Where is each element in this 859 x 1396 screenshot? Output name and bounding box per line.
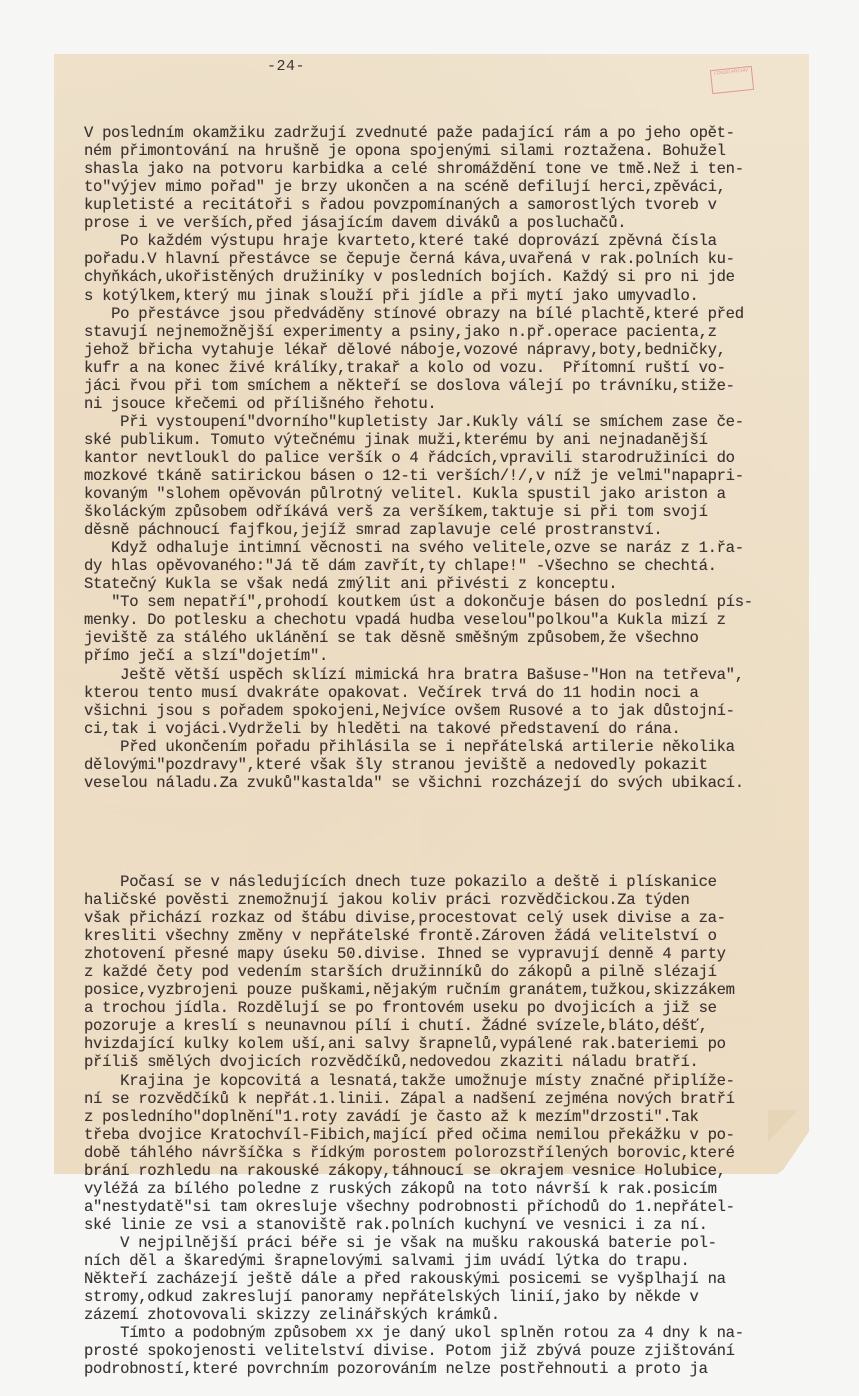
text-line: zhotovení přesné mapy úseku 50.divise. I… — [84, 945, 784, 963]
text-line: brání rozhledu na rakouské zákopy,táhnou… — [84, 1162, 784, 1180]
text-line: "To sem nepatří",prohodí koutkem úst a d… — [84, 593, 784, 611]
text-line: pozoruje a kreslí s neunavnou pílí i chu… — [84, 1017, 784, 1035]
text-line: kantor nevtloukl do palice veršík o 4 řá… — [84, 449, 784, 467]
text-line: mozkové tkáně satirickou básen o 12-ti v… — [84, 467, 784, 485]
text-line: ni jsouce křečemi od přílišného řehotu. — [84, 395, 784, 413]
text-line: z posledního"doplnění"1.roty zavádí je č… — [84, 1108, 784, 1126]
text-line: Po přestávce jsou předváděny stínové obr… — [84, 305, 784, 323]
text-line: Když odhaluje intimní věcnosti na svého … — [84, 539, 784, 557]
text-line: pořadu.V hlavní přestávce se čepuje čern… — [84, 250, 784, 268]
text-line: školáckým způsobem odříkává verš za verš… — [84, 503, 784, 521]
section-reconnaissance: Počasí se v následujících dnech tuze pok… — [84, 873, 784, 1200]
stamp-text: FONDŮ ARCHIV — [714, 67, 748, 76]
text-line: kovaným "slohem opěvován půlrotný velite… — [84, 485, 784, 503]
text-line: Počasí se v následujících dnech tuze pok… — [84, 873, 784, 891]
text-line: s kotýlkem,který mu jinak slouží při jíd… — [84, 287, 784, 305]
text-line: Statečný Kukla se však nedá zmýlit ani p… — [84, 575, 784, 593]
text-line: všichni jsou s pořadem spokojeni,Nejvíce… — [84, 702, 784, 720]
text-line: přímo ječí a slzí"dojetím". — [84, 647, 784, 665]
text-line: však přichází rozkaz od štábu divise,pro… — [84, 909, 784, 927]
text-line: menky. Do potlesku a chechotu vpadá hudb… — [84, 611, 784, 629]
text-line: dělovými"pozdravy",které však šly strano… — [84, 756, 784, 774]
text-line: ném přimontování na hrušně je opona spoj… — [84, 142, 784, 160]
text-line: příliš smělých dvojicích rozvědčíků,nedo… — [84, 1053, 784, 1071]
text-line: vyléžá za bílého poledne z ruských zákop… — [84, 1180, 784, 1198]
text-line: Před ukončením pořadu přihlásila se i ne… — [84, 738, 784, 756]
text-line: Krajina je kopcovitá a lesnatá,takže umo… — [84, 1072, 784, 1090]
text-line: hvizdající kulky kolem uší,ani salvy šra… — [84, 1035, 784, 1053]
text-line: kufr a na konec živé králíky,trakař a ko… — [84, 359, 784, 377]
text-line: době táhlého návršíčka s řídkým porostem… — [84, 1144, 784, 1162]
page-number: -24- — [267, 58, 305, 75]
text-line: ské publikum. Tomuto výtečnému jinak muž… — [84, 431, 784, 449]
text-line: to"výjev mimo pořad" je brzy ukončen a n… — [84, 178, 784, 196]
text-line: ci,tak i vojáci.Vydrželi by hleděti na t… — [84, 720, 784, 738]
text-line: kresliti všechny změny v nepřátelské fro… — [84, 927, 784, 945]
text-line: jeviště za stálého uklánění se tak děsně… — [84, 629, 784, 647]
text-line: veselou náladu.Za zvuků"kastalda" se vši… — [84, 774, 784, 792]
paragraph-gap — [84, 828, 784, 837]
text-line: děsně páchnoucí fajfkou,jejíž smrad zapl… — [84, 521, 784, 539]
text-line: z každé čety pod vedením starších družin… — [84, 963, 784, 981]
text-line: V posledním okamžiku zadržují zvednuté p… — [84, 124, 784, 142]
text-line: jehož břicha vytahuje lékař dělové náboj… — [84, 341, 784, 359]
text-line: shasla jako na potvoru karbidka a celé s… — [84, 160, 784, 178]
text-line: prose i ve verších,před jásajícím davem … — [84, 214, 784, 232]
text-line: dy hlas opěvovaného:"Já tě dám zavřít,ty… — [84, 557, 784, 575]
text-line: kupletisté a recitátoři s řadou povzpomí… — [84, 196, 784, 214]
text-line: Po každém výstupu hraje kvarteto,které t… — [84, 232, 784, 250]
text-line: a trochou jídla. Rozdělují se po frontov… — [84, 999, 784, 1017]
text-line: jáci řvou při tom smíchem a někteří se d… — [84, 377, 784, 395]
text-line: chyňkách,ukořistěných družiníky v posled… — [84, 268, 784, 286]
text-line: posice,vyzbrojeni pouze puškami,nějakým … — [84, 981, 784, 999]
text-line: Ještě větší uspěch sklízí mimická hra br… — [84, 666, 784, 684]
text-line: stavují nejnemožnější experimenty a psin… — [84, 323, 784, 341]
text-line: kterou tento musí dvakráte opakovat. Več… — [84, 684, 784, 702]
text-line: třeba dvojice Kratochvíl-Fibich,mající p… — [84, 1126, 784, 1144]
body-text: V posledním okamžiku zadržují zvednuté p… — [84, 88, 784, 1200]
text-line: haličské pověsti znemožnují jakou koliv … — [84, 891, 784, 909]
text-line: ní se rozvědčíků k nepřát.1.linii. Zápal… — [84, 1090, 784, 1108]
section-cultural-evening: V posledním okamžiku zadržují zvednuté p… — [84, 124, 784, 792]
text-line: Při vystoupení"dvorního"kupletisty Jar.K… — [84, 413, 784, 431]
